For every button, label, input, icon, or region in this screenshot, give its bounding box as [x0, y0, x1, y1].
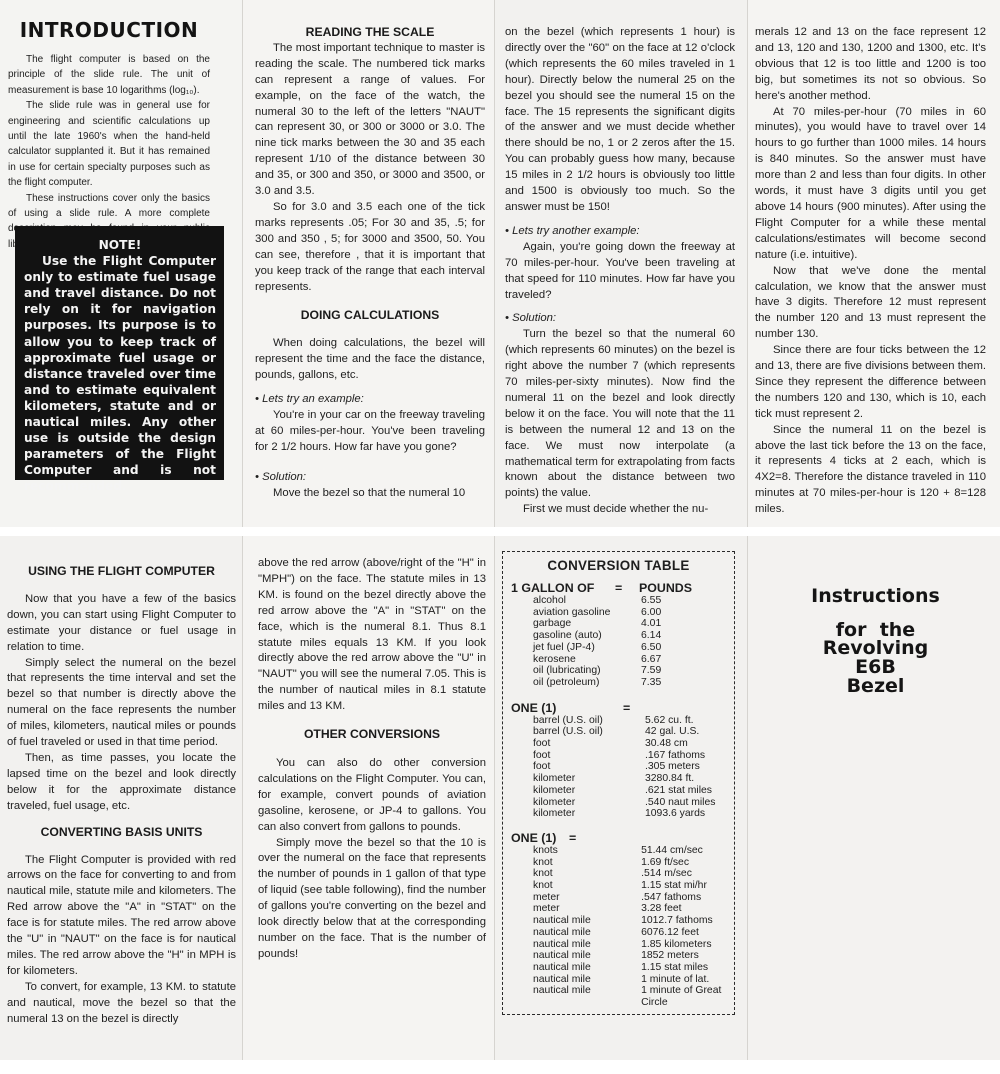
cover-title-line1: Instructions: [748, 585, 1000, 607]
solution-label: • Solution:: [255, 470, 485, 486]
table-row: nautical mile1.15 stat miles: [511, 962, 726, 974]
panel-continued-2: merals 12 and 13 on the face represent 1…: [748, 0, 1000, 527]
table-row: knots51.44 cm/sec: [511, 845, 726, 857]
table-row: kilometer.621 stat miles: [511, 785, 726, 797]
table-row: nautical mile1 minute of Great Circle: [511, 985, 726, 1008]
table-cell-item: meter: [511, 892, 641, 904]
table-cell-item: oil (petroleum): [511, 677, 641, 689]
continued2-paragraph: Now that we've done the mental calculati…: [755, 264, 986, 344]
equals-sign: =: [569, 831, 593, 845]
panel-introduction: INTRODUCTION The flight computer is base…: [0, 0, 242, 527]
table-cell-item: kilometer: [511, 773, 645, 785]
table-row: alcohol6.55: [511, 595, 726, 607]
table-row: kilometer.540 naut miles: [511, 797, 726, 809]
continued2-paragraph: Since the numeral 11 on the bezel is abo…: [755, 423, 986, 518]
table-cell-item: meter: [511, 903, 641, 915]
table-cell-item: knots: [511, 845, 641, 857]
reading-scale-title: READING THE SCALE: [255, 25, 485, 41]
other-lead: above the red arrow (above/right of the …: [258, 556, 486, 715]
panel-other-conversions: above the red arrow (above/right of the …: [243, 536, 494, 1060]
section-header-label: ONE (1): [511, 831, 569, 845]
table-section-header: ONE (1) =: [511, 701, 726, 715]
table-cell-item: jet fuel (JP-4): [511, 642, 641, 654]
table-cell-value: 1.15 stat miles: [641, 962, 726, 974]
table-section-one-b: knots51.44 cm/secknot1.69 ft/secknot.514…: [511, 845, 726, 1009]
table-cell-item: nautical mile: [511, 974, 641, 986]
table-cell-value: 3.28 feet: [641, 903, 726, 915]
introduction-text: The flight computer is based on the prin…: [8, 52, 210, 252]
table-cell-item: kerosene: [511, 654, 641, 666]
table-row: gasoline (auto)6.14: [511, 630, 726, 642]
table-cell-value: 6.00: [641, 607, 661, 619]
continued2-paragraph: merals 12 and 13 on the face represent 1…: [755, 25, 986, 105]
table-section-one-a: barrel (U.S. oil)5.62 cu. ft.barrel (U.S…: [511, 715, 726, 820]
reading-scale-paragraph: So for 3.0 and 3.5 each one of the tick …: [255, 200, 485, 295]
using-paragraph: Then, as time passes, you locate the lap…: [7, 751, 236, 815]
table-cell-item: nautical mile: [511, 962, 641, 974]
table-cell-value: 6.55: [641, 595, 661, 607]
example2-label: • Lets try another example:: [505, 224, 735, 240]
table-cell-item: knot: [511, 857, 641, 869]
table-row: knot1.69 ft/sec: [511, 857, 726, 869]
introduction-paragraph: The flight computer is based on the prin…: [8, 52, 210, 98]
table-cell-item: barrel (U.S. oil): [511, 715, 645, 727]
table-row: nautical mile1012.7 fathoms: [511, 915, 726, 927]
panel-continued-1: on the bezel (which represents 1 hour) i…: [495, 0, 747, 527]
continued-last-line: First we must decide whether the nu-: [505, 502, 735, 518]
table-cell-value: 6.50: [641, 642, 661, 654]
table-cell-value: 6.67: [641, 654, 661, 666]
table-cell-value: 5.62 cu. ft.: [645, 715, 694, 727]
table-cell-item: foot: [511, 761, 645, 773]
table-row: aviation gasoline6.00: [511, 607, 726, 619]
converting-paragraph: The Flight Computer is provided with red…: [7, 853, 236, 980]
converting-paragraph: To convert, for example, 13 KM. to statu…: [7, 980, 236, 1028]
example2-text: Again, you're going down the freeway at …: [505, 240, 735, 304]
table-cell-value: 1 minute of Great Circle: [641, 985, 726, 1008]
section-header-label: ONE (1): [511, 701, 623, 715]
table-cell-item: nautical mile: [511, 985, 641, 1008]
table-cell-value: 51.44 cm/sec: [641, 845, 726, 857]
note-body: Use the Flight Computer only to estimate…: [24, 253, 216, 494]
conversion-table: CONVERSION TABLE 1 GALLON OF = POUNDS al…: [502, 551, 735, 1015]
table-cell-value: 1.69 ft/sec: [641, 857, 726, 869]
table-cell-item: nautical mile: [511, 915, 641, 927]
continued2-paragraph: At 70 miles-per-hour (70 miles in 60 min…: [755, 105, 986, 264]
table-cell-value: .547 fathoms: [641, 892, 726, 904]
table-cell-item: aviation gasoline: [511, 607, 641, 619]
table-row: knot.514 m/sec: [511, 868, 726, 880]
table-cell-value: 42 gal. U.S.: [645, 726, 699, 738]
note-box: NOTE! Use the Flight Computer only to es…: [15, 226, 224, 480]
doing-calculations-title: DOING CALCULATIONS: [255, 308, 485, 324]
table-row: meter3.28 feet: [511, 903, 726, 915]
introduction-title: INTRODUCTION: [8, 18, 210, 42]
solution2-text: Turn the bezel so that the numeral 60 (w…: [505, 327, 735, 502]
table-cell-value: .305 meters: [645, 761, 700, 773]
table-row: kerosene6.67: [511, 654, 726, 666]
table-cell-value: 6.14: [641, 630, 661, 642]
table-cell-value: 7.59: [641, 665, 661, 677]
equals-sign: =: [623, 701, 647, 715]
table-cell-value: 7.35: [641, 677, 661, 689]
table-row: nautical mile1 minute of lat.: [511, 974, 726, 986]
table-cell-item: nautical mile: [511, 950, 641, 962]
conversion-table-title: CONVERSION TABLE: [511, 558, 726, 573]
table-cell-item: knot: [511, 880, 641, 892]
table-cell-item: foot: [511, 750, 645, 762]
table-cell-value: 4.01: [641, 618, 661, 630]
table-cell-item: gasoline (auto): [511, 630, 641, 642]
panel-conversion-table: CONVERSION TABLE 1 GALLON OF = POUNDS al…: [495, 536, 747, 1060]
table-row: nautical mile6076.12 feet: [511, 927, 726, 939]
table-cell-item: nautical mile: [511, 927, 641, 939]
table-cell-item: kilometer: [511, 797, 645, 809]
table-cell-value: 1 minute of lat.: [641, 974, 726, 986]
table-cell-item: garbage: [511, 618, 641, 630]
other-conversions-title: OTHER CONVERSIONS: [258, 727, 486, 743]
table-cell-value: 30.48 cm: [645, 738, 688, 750]
table-cell-value: .540 naut miles: [645, 797, 715, 809]
other-paragraph: You can also do other conversion calcula…: [258, 756, 486, 836]
table-cell-value: .514 m/sec: [641, 868, 726, 880]
introduction-paragraph: The slide rule was in general use for en…: [8, 98, 210, 190]
table-cell-item: kilometer: [511, 785, 645, 797]
table-row: nautical mile1.85 kilometers: [511, 939, 726, 951]
table-row: kilometer1093.6 yards: [511, 808, 726, 820]
table-row: foot.167 fathoms: [511, 750, 726, 762]
table-row: kilometer3280.84 ft.: [511, 773, 726, 785]
table-row: barrel (U.S. oil)42 gal. U.S.: [511, 726, 726, 738]
table-row: oil (petroleum)7.35: [511, 677, 726, 689]
table-section-header: 1 GALLON OF = POUNDS: [511, 581, 726, 595]
table-cell-item: knot: [511, 868, 641, 880]
panel-reading-the-scale: READING THE SCALE The most important tec…: [243, 0, 494, 527]
using-title: USING THE FLIGHT COMPUTER: [7, 564, 236, 580]
example-text: You're in your car on the freeway travel…: [255, 408, 485, 456]
table-section-header: ONE (1) =: [511, 831, 726, 845]
note-title: NOTE!: [24, 237, 216, 253]
cover-title-line5: Bezel: [748, 675, 1000, 697]
panel-cover: Instructions for the Revolving E6B Bezel: [748, 536, 1000, 1060]
table-cell-value: 1852 meters: [641, 950, 726, 962]
table-cell-item: nautical mile: [511, 939, 641, 951]
equals-sign: =: [615, 581, 639, 595]
table-row: jet fuel (JP-4)6.50: [511, 642, 726, 654]
table-cell-item: foot: [511, 738, 645, 750]
table-cell-value: 1.15 stat mi/hr: [641, 880, 726, 892]
section-header-unit: POUNDS: [639, 581, 692, 595]
table-row: foot30.48 cm: [511, 738, 726, 750]
table-cell-value: .167 fathoms: [645, 750, 705, 762]
section-header-label: 1 GALLON OF: [511, 581, 615, 595]
table-cell-value: 3280.84 ft.: [645, 773, 694, 785]
table-row: oil (lubricating)7.59: [511, 665, 726, 677]
continued-paragraph: on the bezel (which represents 1 hour) i…: [505, 25, 735, 216]
table-row: barrel (U.S. oil)5.62 cu. ft.: [511, 715, 726, 727]
table-cell-item: oil (lubricating): [511, 665, 641, 677]
table-row: knot1.15 stat mi/hr: [511, 880, 726, 892]
table-cell-value: 1012.7 fathoms: [641, 915, 726, 927]
converting-title: CONVERTING BASIS UNITS: [7, 825, 236, 841]
table-cell-value: .621 stat miles: [645, 785, 712, 797]
solution2-label: • Solution:: [505, 311, 735, 327]
table-row: garbage4.01: [511, 618, 726, 630]
table-row: foot.305 meters: [511, 761, 726, 773]
other-paragraph: Simply move the bezel so that the 10 is …: [258, 836, 486, 963]
reading-scale-paragraph: The most important technique to master i…: [255, 41, 485, 200]
table-cell-value: 1093.6 yards: [645, 808, 705, 820]
continued2-paragraph: Since there are four ticks between the 1…: [755, 343, 986, 423]
table-row: nautical mile1852 meters: [511, 950, 726, 962]
panel-using-flight-computer: USING THE FLIGHT COMPUTER Now that you h…: [0, 536, 242, 1060]
calc-intro: When doing calculations, the bezel will …: [255, 336, 485, 384]
table-cell-value: 6076.12 feet: [641, 927, 726, 939]
using-paragraph: Now that you have a few of the basics do…: [7, 592, 236, 656]
using-paragraph: Simply select the numeral on the bezel t…: [7, 656, 236, 751]
table-cell-item: alcohol: [511, 595, 641, 607]
table-cell-item: kilometer: [511, 808, 645, 820]
table-cell-item: barrel (U.S. oil): [511, 726, 645, 738]
example-label: • Lets try an example:: [255, 392, 485, 408]
table-row: meter.547 fathoms: [511, 892, 726, 904]
solution-text: Move the bezel so that the numeral 10: [255, 486, 485, 502]
table-cell-value: 1.85 kilometers: [641, 939, 726, 951]
table-section-gallon: alcohol6.55aviation gasoline6.00garbage4…: [511, 595, 726, 689]
